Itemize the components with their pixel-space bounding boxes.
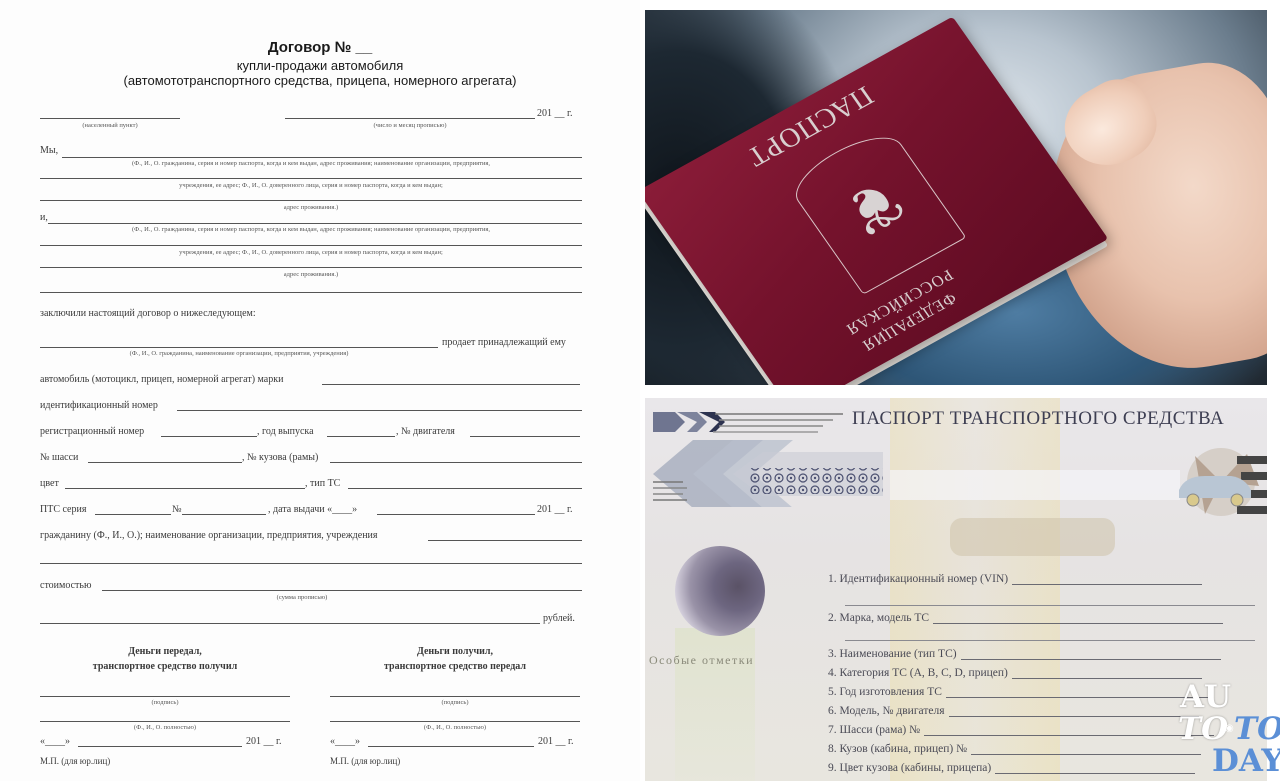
party2-line-2 bbox=[40, 245, 582, 246]
rubles-line bbox=[40, 623, 540, 624]
party1-line-3 bbox=[40, 200, 582, 201]
chevron-pattern-icon bbox=[653, 412, 883, 507]
contract-subtitle: купли-продажи автомобиля bbox=[0, 58, 640, 73]
special-marks-label: Особые отметки bbox=[649, 653, 754, 668]
sig1-name-line bbox=[40, 721, 290, 722]
reg-number-line bbox=[161, 436, 257, 437]
we-label: Мы, bbox=[40, 145, 58, 156]
color-line bbox=[65, 488, 305, 489]
car-emblem-icon bbox=[1175, 446, 1267, 518]
party1-hint-1: (Ф., И., О. гражданина, серия и номер па… bbox=[40, 160, 582, 167]
party2-hint-1: (Ф., И., О. гражданина, серия и номер па… bbox=[40, 226, 582, 233]
cost-label: стоимостью bbox=[40, 580, 91, 591]
pts-series-label: ПТС серия bbox=[40, 504, 86, 515]
contract-subtitle-2: (автомототранспортного средства, прицепа… bbox=[0, 73, 640, 88]
party2-line-1 bbox=[48, 223, 582, 224]
pts-field-1-continuation bbox=[845, 605, 1255, 606]
vin-label: идентификационный номер bbox=[40, 400, 158, 411]
sig1-name-hint: (Ф., И., О. полностью) bbox=[40, 724, 290, 731]
engine-label: , № двигателя bbox=[396, 426, 455, 437]
sig2-signature-line bbox=[330, 696, 580, 697]
sig1-heading-2: транспортное средство получил bbox=[40, 661, 290, 672]
rubles-label: рублей. bbox=[543, 613, 575, 624]
sig1-year: 201 __ г. bbox=[246, 736, 281, 747]
issue-year: 201 __ г. bbox=[537, 504, 572, 515]
buyer-line-1 bbox=[428, 540, 582, 541]
place-line bbox=[40, 118, 180, 119]
pts-series-line bbox=[95, 514, 171, 515]
party2-hint-3: адрес проживания.) bbox=[40, 271, 582, 278]
security-band-green bbox=[675, 628, 755, 781]
pts-field-9: 9. Цвет кузова (кабины, прицепа) bbox=[828, 762, 1195, 774]
registered-mark-icon: ◉ bbox=[1225, 724, 1234, 734]
pts-no-label: № bbox=[172, 504, 182, 515]
hologram-seal-icon bbox=[675, 546, 765, 636]
color-label: цвет bbox=[40, 478, 59, 489]
sale-contract-form: Договор № __ купли-продажи автомобиля (а… bbox=[0, 0, 640, 781]
party1-line-2 bbox=[40, 178, 582, 179]
party1-hint-2: учреждения, ее адрес; Ф., И., О. доверен… bbox=[40, 182, 582, 189]
vehicle-type-label: , тип ТС bbox=[305, 478, 340, 489]
blank-plate-field bbox=[950, 518, 1115, 556]
date-hint: (число и месяц прописью) bbox=[285, 122, 535, 129]
autotoday-watermark-logo: AU TO ◉ TO DAY bbox=[1172, 680, 1280, 780]
body-line bbox=[330, 462, 582, 463]
year-made-label: , год выпуска bbox=[257, 426, 314, 437]
seller-line bbox=[40, 347, 438, 348]
sig2-date-line bbox=[368, 746, 534, 747]
contract-title: Договор № __ bbox=[0, 39, 640, 56]
vehicle-passport-title: ПАСПОРТ ТРАНСПОРТНОГО СРЕДСТВА bbox=[852, 408, 1224, 430]
security-strip bbox=[890, 470, 1180, 500]
pts-field-8: 8. Кузов (кабина, прицеп) № bbox=[828, 743, 1201, 755]
engine-line bbox=[470, 436, 580, 437]
sig2-name-line bbox=[330, 721, 580, 722]
pts-field-2: 2. Марка, модель ТС bbox=[828, 612, 1223, 624]
sells-text: продает принадлежащий ему bbox=[442, 337, 566, 348]
sig2-signature-hint: (подпись) bbox=[330, 699, 580, 706]
vin-line bbox=[177, 410, 582, 411]
party1-line-1 bbox=[62, 157, 582, 158]
brand-label: автомобиль (мотоцикл, прицеп, номерной а… bbox=[40, 374, 283, 385]
pts-field-4: 4. Категория ТС (A, B, C, D, прицеп) bbox=[828, 667, 1202, 679]
sig1-stamp: М.П. (для юр.лиц) bbox=[40, 756, 110, 766]
buyer-line-2 bbox=[40, 563, 582, 564]
sum-hint: (сумма прописью) bbox=[102, 594, 502, 601]
sig1-date-line bbox=[78, 746, 242, 747]
place-hint: (населенный пункт) bbox=[40, 122, 180, 129]
sig1-heading-1: Деньги передал, bbox=[40, 646, 290, 657]
watermark-line-3: DAY bbox=[1212, 746, 1280, 777]
reg-number-label: регистрационный номер bbox=[40, 426, 144, 437]
sig1-signature-hint: (подпись) bbox=[40, 699, 290, 706]
pts-field-1: 1. Идентификационный номер (VIN) bbox=[828, 573, 1202, 585]
year-made-line bbox=[327, 436, 395, 437]
pts-field-5: 5. Год изготовления ТС bbox=[828, 686, 1211, 698]
russian-passport-photo: ПАСПОРТ ❦ РОССИЙСКАЯ ФЕДЕРАЦИЯ bbox=[645, 10, 1267, 385]
sig2-heading-1: Деньги получил, bbox=[330, 646, 580, 657]
brand-line bbox=[322, 384, 580, 385]
pts-no-line bbox=[182, 514, 266, 515]
and-label: и, bbox=[40, 212, 48, 223]
vehicle-type-line bbox=[348, 488, 582, 489]
party2-hint-2: учреждения, ее адрес; Ф., И., О. доверен… bbox=[40, 249, 582, 256]
sig2-year: 201 __ г. bbox=[538, 736, 573, 747]
watermark-line-2a: TO bbox=[1178, 714, 1228, 745]
party2-line-3 bbox=[40, 267, 582, 268]
sig2-heading-2: транспортное средство передал bbox=[330, 661, 580, 672]
buyer-label: гражданину (Ф., И., О.); наименование ор… bbox=[40, 530, 378, 541]
body-label: , № кузова (рамы) bbox=[242, 452, 318, 463]
concluded-text: заключили настоящий договор о нижеследую… bbox=[40, 308, 256, 319]
pts-field-7: 7. Шасси (рама) № bbox=[828, 724, 1214, 736]
sig1-signature-line bbox=[40, 696, 290, 697]
chassis-line bbox=[88, 462, 242, 463]
date-year: 201 __ г. bbox=[537, 108, 572, 119]
watermark-line-2b: TO bbox=[1234, 714, 1280, 745]
party1-hint-3: адрес проживания.) bbox=[40, 204, 582, 211]
sig2-name-hint: (Ф., И., О. полностью) bbox=[330, 724, 580, 731]
sig2-date-prefix: «____» bbox=[330, 736, 360, 747]
pts-field-6: 6. Модель, № двигателя bbox=[828, 705, 1199, 717]
party2-line-4 bbox=[40, 292, 582, 293]
pts-field-2-continuation bbox=[845, 640, 1255, 641]
pts-field-3: 3. Наименование (тип ТС) bbox=[828, 648, 1221, 660]
seller-hint: (Ф., И., О. гражданина, наименование орг… bbox=[40, 350, 438, 357]
issue-date-line bbox=[377, 514, 535, 515]
watermark-line-1: AU bbox=[1180, 682, 1231, 713]
chassis-label: № шасси bbox=[40, 452, 78, 463]
sig1-date-prefix: «____» bbox=[40, 736, 70, 747]
sig2-stamp: М.П. (для юр.лиц) bbox=[330, 756, 400, 766]
date-line bbox=[285, 118, 535, 119]
issue-date-label: , дата выдачи «____» bbox=[268, 504, 357, 515]
cost-line bbox=[102, 590, 582, 591]
